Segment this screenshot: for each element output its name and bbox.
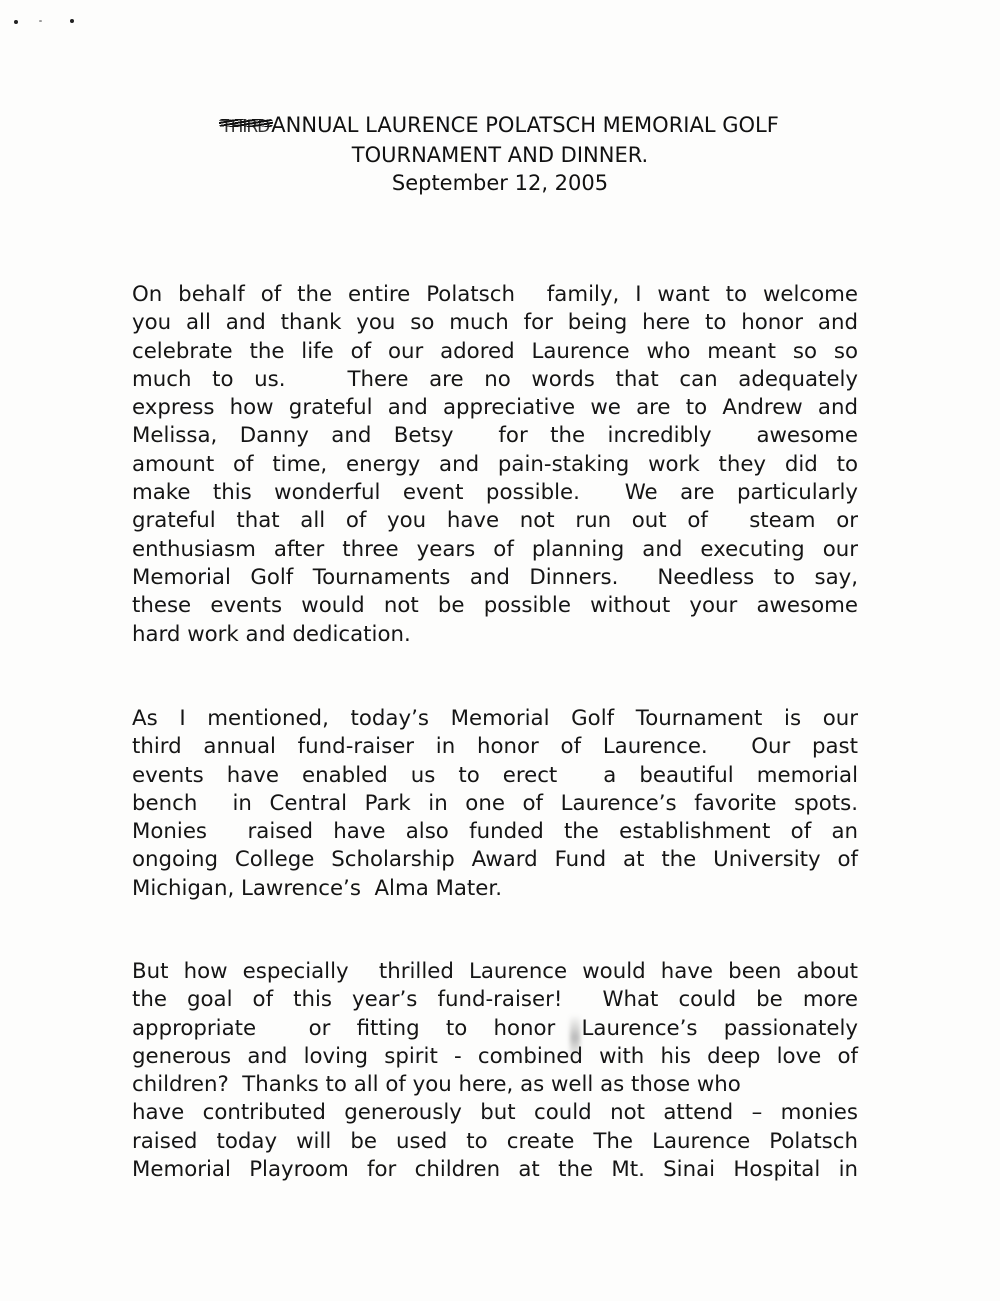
text-line: raised today will be used to create The … (132, 1128, 858, 1156)
text-line: make this wonderful event possible. We a… (132, 479, 858, 507)
scan-specks (14, 18, 84, 28)
text-line: bench in Central Park in one of Laurence… (132, 790, 858, 818)
text-line: enthusiasm after three years of planning… (132, 536, 858, 564)
paragraph-past-events: As I mentioned, today’s Memorial Golf To… (132, 705, 858, 903)
text-line: have contributed generously but could no… (132, 1099, 858, 1127)
text-line: much to us. There are no words that can … (132, 366, 858, 394)
text-line: the goal of this year’s fund-raiser! Wha… (132, 986, 858, 1014)
text-line: As I mentioned, today’s Memorial Golf To… (132, 705, 858, 733)
document-date: September 12, 2005 (150, 169, 850, 197)
text-line: hard work and dedication. (132, 621, 858, 649)
paragraph-welcome: On behalf of the entire Polatsch family,… (132, 281, 858, 649)
scan-smudge (570, 1015, 580, 1060)
text-line: Melissa, Danny and Betsy for the incredi… (132, 422, 858, 450)
text-line: Michigan, Lawrence’s Alma Mater. (132, 875, 858, 903)
text-line: Memorial Playroom for children at the Mt… (132, 1156, 858, 1184)
text-line: amount of time, energy and pain-staking … (132, 451, 858, 479)
title-text-1: ANNUAL LAURENCE POLATSCH MEMORIAL GOLF (271, 113, 779, 137)
text-line: ongoing College Scholarship Award Fund a… (132, 846, 858, 874)
title-line-2: TOURNAMENT AND DINNER. (150, 141, 850, 169)
text-line: events have enabled us to erect a beauti… (132, 762, 858, 790)
text-line: these events would not be possible witho… (132, 592, 858, 620)
text-line: express how grateful and appreciative we… (132, 394, 858, 422)
struck-out-word: THIRD (221, 113, 269, 141)
text-line: appropriate or fitting to honor Laurence… (132, 1015, 858, 1043)
scan-speck (70, 19, 74, 23)
text-line: grateful that all of you have not run ou… (132, 507, 858, 535)
scan-speck (14, 20, 18, 24)
text-line: you all and thank you so much for being … (132, 309, 858, 337)
document-title: THIRDANNUAL LAURENCE POLATSCH MEMORIAL G… (150, 111, 850, 197)
text-line: celebrate the life of our adored Laurenc… (132, 338, 858, 366)
paragraph-this-year-goal: But how especially thrilled Laurence wou… (132, 958, 858, 1184)
title-line-1: THIRDANNUAL LAURENCE POLATSCH MEMORIAL G… (150, 111, 850, 141)
text-line: But how especially thrilled Laurence wou… (132, 958, 858, 986)
text-line: Monies raised have also funded the estab… (132, 818, 858, 846)
text-line: generous and loving spirit - combined wi… (132, 1043, 858, 1071)
text-line: children? Thanks to all of you here, as … (132, 1071, 858, 1099)
text-line: On behalf of the entire Polatsch family,… (132, 281, 858, 309)
text-line: Memorial Golf Tournaments and Dinners. N… (132, 564, 858, 592)
document-page: THIRDANNUAL LAURENCE POLATSCH MEMORIAL G… (0, 0, 1000, 1301)
text-line: third annual fund-raiser in honor of Lau… (132, 733, 858, 761)
scan-speck (39, 20, 42, 22)
